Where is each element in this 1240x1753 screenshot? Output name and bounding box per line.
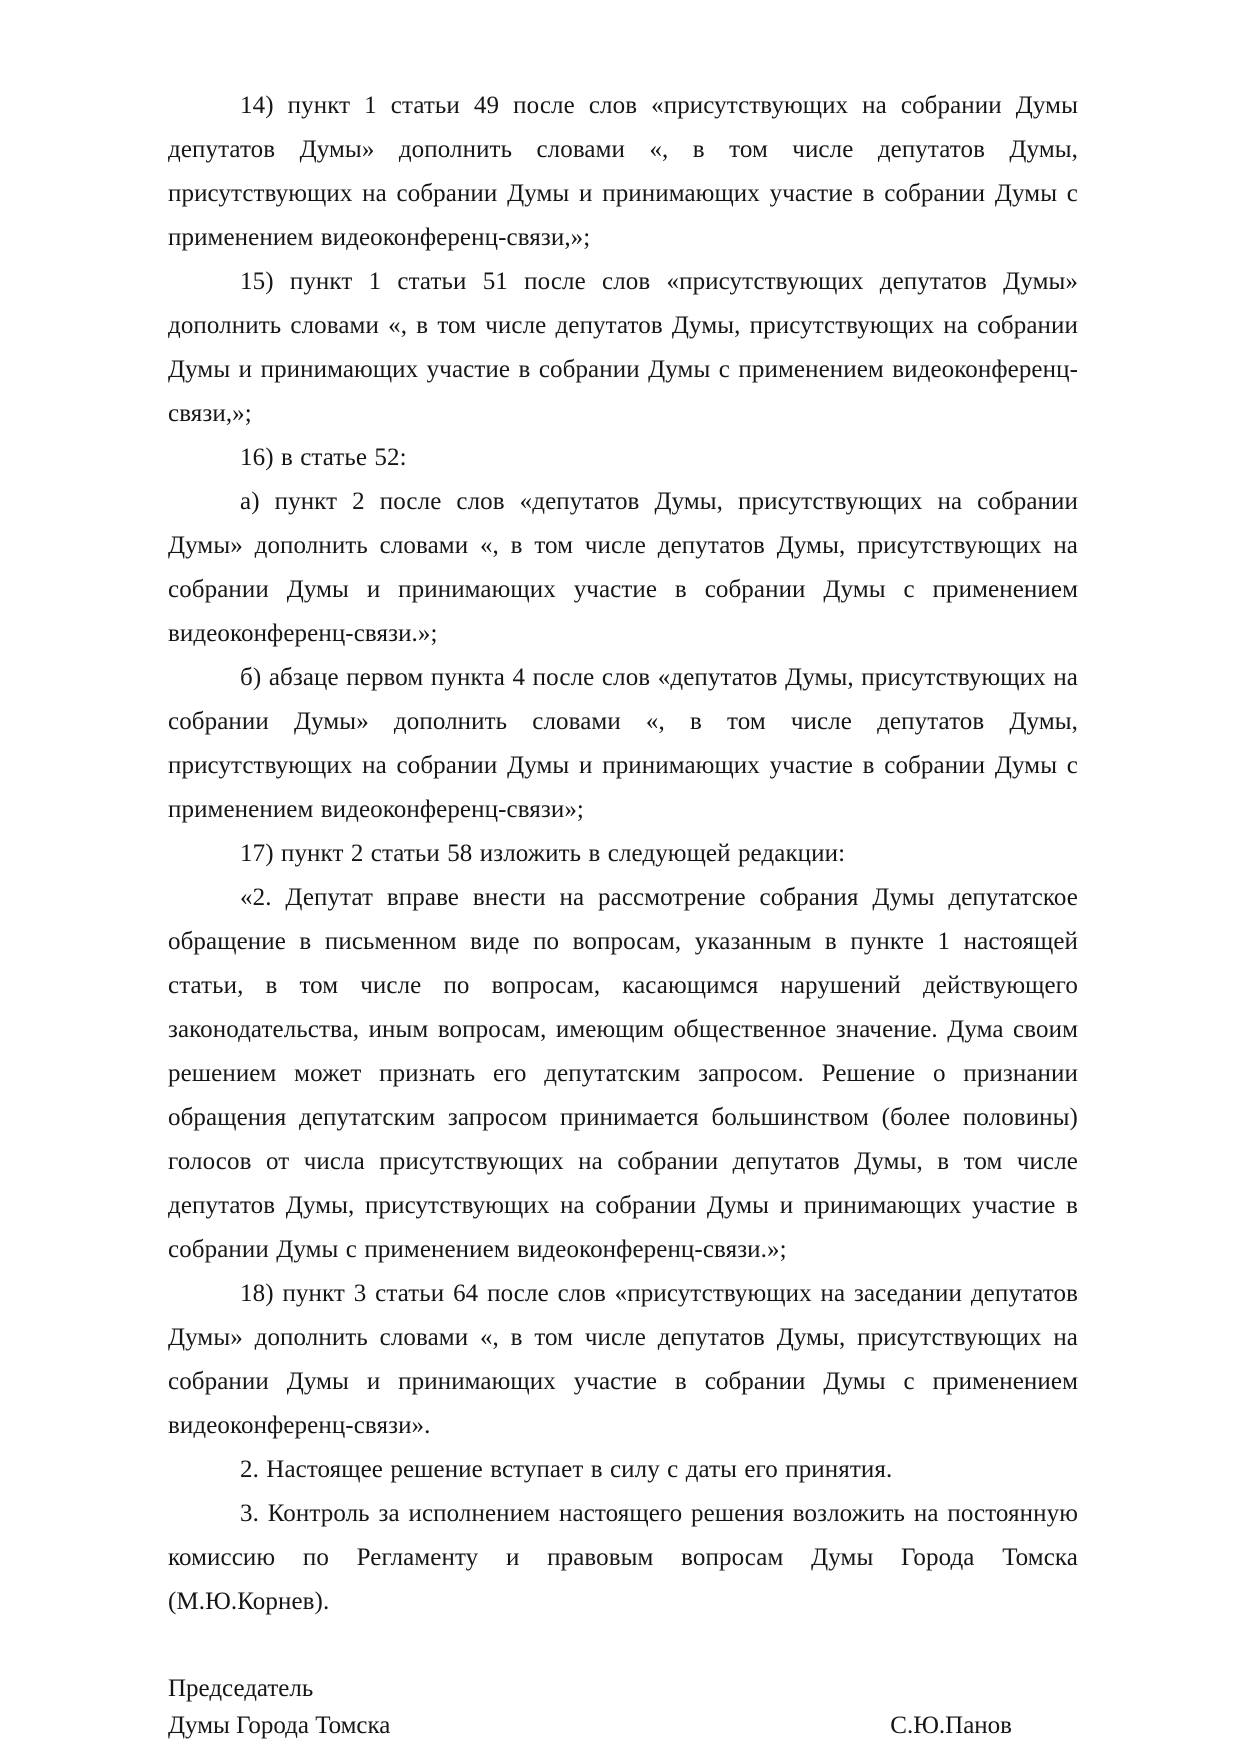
paragraph-item-17-text: «2. Депутат вправе внести на рассмотрени… bbox=[168, 876, 1078, 1272]
signer-position: Председатель Думы Города Томска bbox=[168, 1670, 390, 1744]
paragraph-item-18: 18) пункт 3 статьи 64 после слов «присут… bbox=[168, 1272, 1078, 1448]
signer-org: Думы Города Томска bbox=[168, 1707, 390, 1744]
paragraph-item-15: 15) пункт 1 статьи 51 после слов «присут… bbox=[168, 260, 1078, 436]
paragraph-item-17: 17) пункт 2 статьи 58 изложить в следующ… bbox=[168, 832, 1078, 876]
paragraph-item-3: 3. Контроль за исполнением настоящего ре… bbox=[168, 1492, 1078, 1624]
document-page: 14) пункт 1 статьи 49 после слов «присут… bbox=[0, 0, 1240, 1753]
signer-title: Председатель bbox=[168, 1670, 390, 1707]
document-body: 14) пункт 1 статьи 49 после слов «присут… bbox=[168, 84, 1078, 1624]
paragraph-item-2: 2. Настоящее решение вступает в силу с д… bbox=[168, 1448, 1078, 1492]
paragraph-item-16a: а) пункт 2 после слов «депутатов Думы, п… bbox=[168, 480, 1078, 656]
signature-block: Председатель Думы Города Томска С.Ю.Пано… bbox=[168, 1670, 1078, 1744]
paragraph-item-16b: б) абзаце первом пункта 4 после слов «де… bbox=[168, 656, 1078, 832]
paragraph-item-16: 16) в статье 52: bbox=[168, 436, 1078, 480]
signer-name: С.Ю.Панов bbox=[890, 1707, 1012, 1744]
paragraph-item-14: 14) пункт 1 статьи 49 после слов «присут… bbox=[168, 84, 1078, 260]
